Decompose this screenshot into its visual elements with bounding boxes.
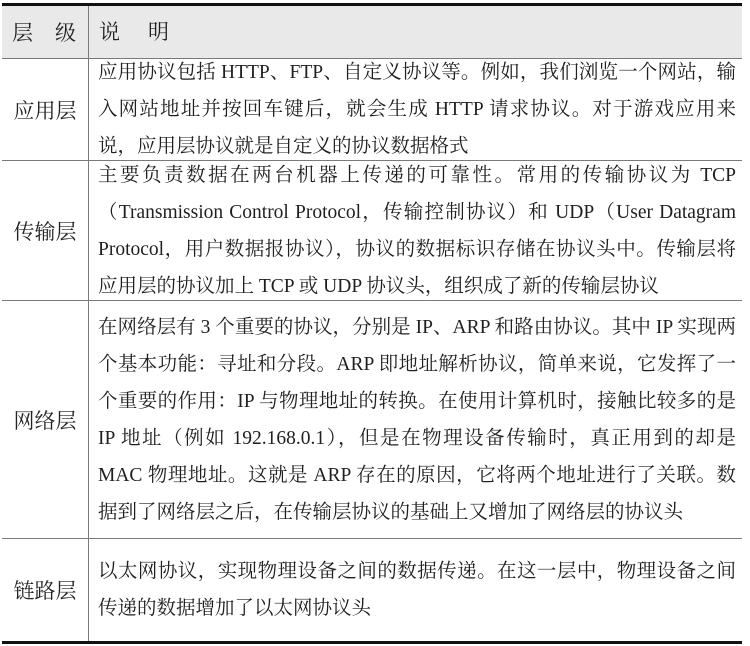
table-row-network: 网络层 在网络层有 3 个重要的协议，分别是 IP、ARP 和路由协议。其中 I… <box>2 301 742 539</box>
table-row-application: 应用层 应用协议包括 HTTP、FTP、自定义协议等。例如，我们浏览一个网站，输… <box>2 59 742 161</box>
layer-description-text: 以太网协议，实现物理设备之间的数据传递。在这一层中，物理设备之间传递的数据增加了… <box>98 553 736 627</box>
layer-description-cell: 应用协议包括 HTTP、FTP、自定义协议等。例如，我们浏览一个网站，输入网站地… <box>89 59 742 160</box>
layer-description-cell: 主要负责数据在两台机器上传递的可靠性。常用的传输协议为 TCP（Transmis… <box>89 161 742 300</box>
layer-description-cell: 在网络层有 3 个重要的协议，分别是 IP、ARP 和路由协议。其中 IP 实现… <box>89 301 742 538</box>
layer-name-cell: 应用层 <box>2 59 89 160</box>
layer-description-cell: 以太网协议，实现物理设备之间的数据传递。在这一层中，物理设备之间传递的数据增加了… <box>89 539 742 641</box>
layer-name-cell: 链路层 <box>2 539 89 641</box>
table-row-transport: 传输层 主要负责数据在两台机器上传递的可靠性。常用的传输协议为 TCP（Tran… <box>2 161 742 301</box>
header-layer-char-2: 级 <box>55 17 76 47</box>
header-layer-char-1: 层 <box>12 17 33 47</box>
layer-description-text: 在网络层有 3 个重要的协议，分别是 IP、ARP 和路由协议。其中 IP 实现… <box>98 309 736 531</box>
layer-name-cell: 网络层 <box>2 301 89 538</box>
header-layer-cell: 层 级 <box>2 6 89 58</box>
header-desc-cell: 说 明 <box>89 6 742 58</box>
header-desc-char-2: 明 <box>148 14 169 51</box>
protocol-layers-table: 层 级 说 明 应用层 应用协议包括 HTTP、FTP、自定义协议等。例如，我们… <box>2 3 742 644</box>
table-header-row: 层 级 说 明 <box>2 6 742 59</box>
layer-name-cell: 传输层 <box>2 161 89 300</box>
table-row-link: 链路层 以太网协议，实现物理设备之间的数据传递。在这一层中，物理设备之间传递的数… <box>2 539 742 641</box>
layer-description-text: 主要负责数据在两台机器上传递的可靠性。常用的传输协议为 TCP（Transmis… <box>98 157 736 305</box>
header-desc-char-1: 说 <box>99 14 120 51</box>
layer-description-text: 应用协议包括 HTTP、FTP、自定义协议等。例如，我们浏览一个网站，输入网站地… <box>98 54 736 165</box>
